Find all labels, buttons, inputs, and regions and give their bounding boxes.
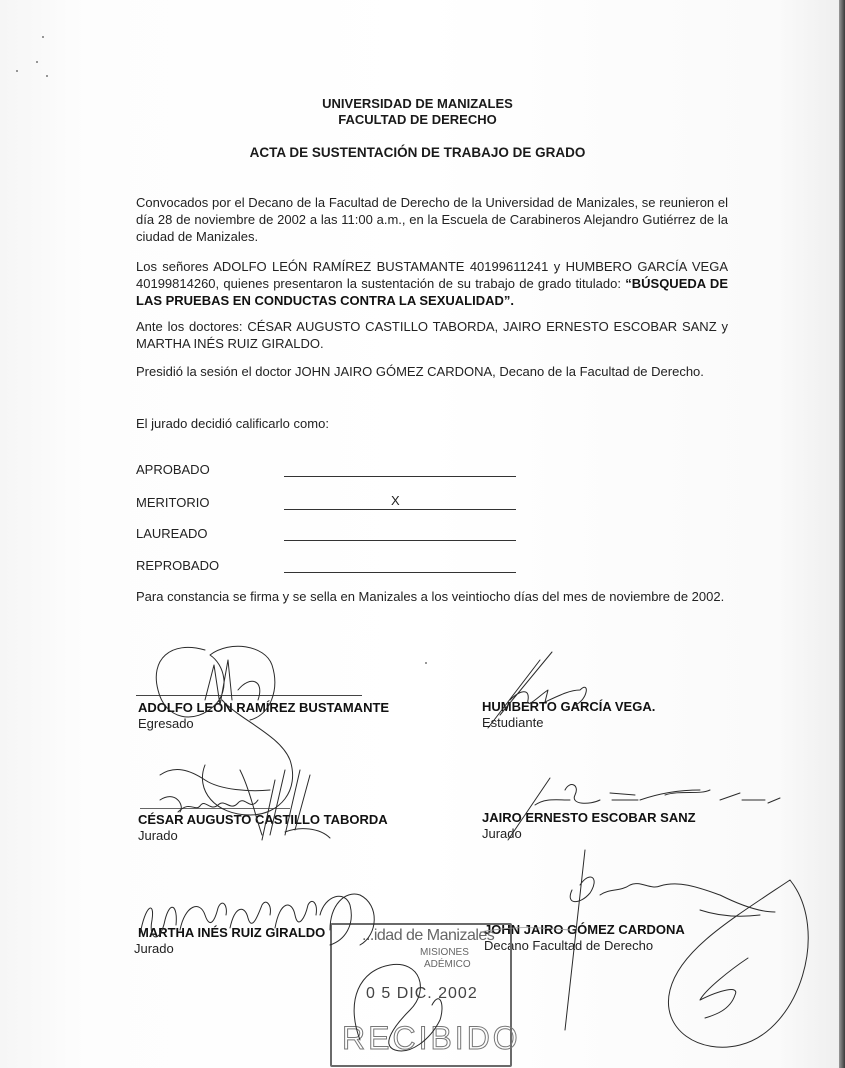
- grade-label: LAUREADO: [136, 526, 208, 541]
- stamp-date: 0 5 DIC. 2002: [366, 985, 478, 1003]
- scanned-page: UNIVERSIDAD DE MANIZALES FACULTAD DE DER…: [0, 0, 845, 1068]
- signatory-name-escobar: JAIRO ERNESTO ESCOBAR SANZ: [482, 810, 696, 825]
- grade-row-meritorio: MERITORIO X: [136, 495, 536, 515]
- signature-escobar-icon: [508, 778, 780, 840]
- decision-intro: El jurado decidió calificarlo como:: [136, 415, 728, 432]
- grade-label: REPROBADO: [136, 558, 219, 573]
- scan-speck: [36, 61, 38, 63]
- stamp-department-line: ADÉMICO: [424, 959, 471, 970]
- signatory-role-ramirez: Egresado: [138, 716, 194, 731]
- grade-line: [284, 476, 516, 477]
- signatory-role-castillo: Jurado: [138, 828, 178, 843]
- signature-line: [140, 808, 290, 809]
- signature-castillo-icon: [160, 770, 330, 840]
- grade-row-reprobado: REPROBADO: [136, 558, 536, 578]
- institution-name: UNIVERSIDAD DE MANIZALES: [0, 96, 840, 111]
- received-stamp: ...idad de Manizales MISIONES ADÉMICO 0 …: [330, 923, 512, 1067]
- convocation-paragraph: Convocados por el Decano de la Facultad …: [136, 194, 728, 245]
- grade-row-laureado: LAUREADO: [136, 526, 536, 546]
- signatory-role-escobar: Jurado: [482, 826, 522, 841]
- grade-label: APROBADO: [136, 462, 210, 477]
- grade-line: [284, 572, 516, 573]
- stamp-institution: ...idad de Manizales: [362, 927, 494, 945]
- signature-line: [136, 695, 362, 696]
- signatory-name-ramirez: ADOLFO LEÓN RAMÍREZ BUSTAMANTE: [138, 700, 389, 715]
- grade-line: [284, 540, 516, 541]
- signatory-role-garcia: Estudiante: [482, 715, 543, 730]
- scan-speck: [16, 70, 18, 72]
- signatory-name-gomez: JOHN JAIRO GÓMEZ CARDONA: [484, 922, 685, 937]
- scan-speck: [46, 75, 48, 77]
- scan-speck: [42, 36, 44, 38]
- handwritten-number-icon: [700, 958, 748, 1018]
- stamp-status: RECIBIDO: [342, 1020, 521, 1057]
- grade-mark: X: [391, 493, 400, 508]
- signatory-name-ruiz: MARTHA INÉS RUIZ GIRALDO: [138, 925, 325, 940]
- jury-paragraph: Ante los doctores: CÉSAR AUGUSTO CASTILL…: [136, 318, 728, 352]
- scan-speck: [425, 662, 427, 664]
- signatory-name-castillo: CÉSAR AUGUSTO CASTILLO TABORDA: [138, 812, 388, 827]
- faculty-name: FACULTAD DE DERECHO: [0, 112, 840, 127]
- signatory-name-garcia: HUMBERTO GARCÍA VEGA.: [482, 699, 655, 714]
- stamp-department-line: MISIONES: [420, 947, 469, 958]
- president-paragraph: Presidió la sesión el doctor JOHN JAIRO …: [136, 363, 728, 380]
- closing-paragraph: Para constancia se firma y se sella en M…: [136, 588, 728, 605]
- document-title: ACTA DE SUSTENTACIÓN DE TRABAJO DE GRADO: [0, 145, 840, 160]
- grade-label: MERITORIO: [136, 495, 209, 510]
- grade-row-aprobado: APROBADO: [136, 462, 536, 482]
- grade-line: [284, 509, 516, 510]
- scan-border: [839, 0, 845, 1068]
- signatory-role-ruiz: Jurado: [134, 941, 174, 956]
- students-paragraph: Los señores ADOLFO LEÓN RAMÍREZ BUSTAMAN…: [136, 258, 728, 309]
- handwritten-loop-icon: [668, 880, 808, 1047]
